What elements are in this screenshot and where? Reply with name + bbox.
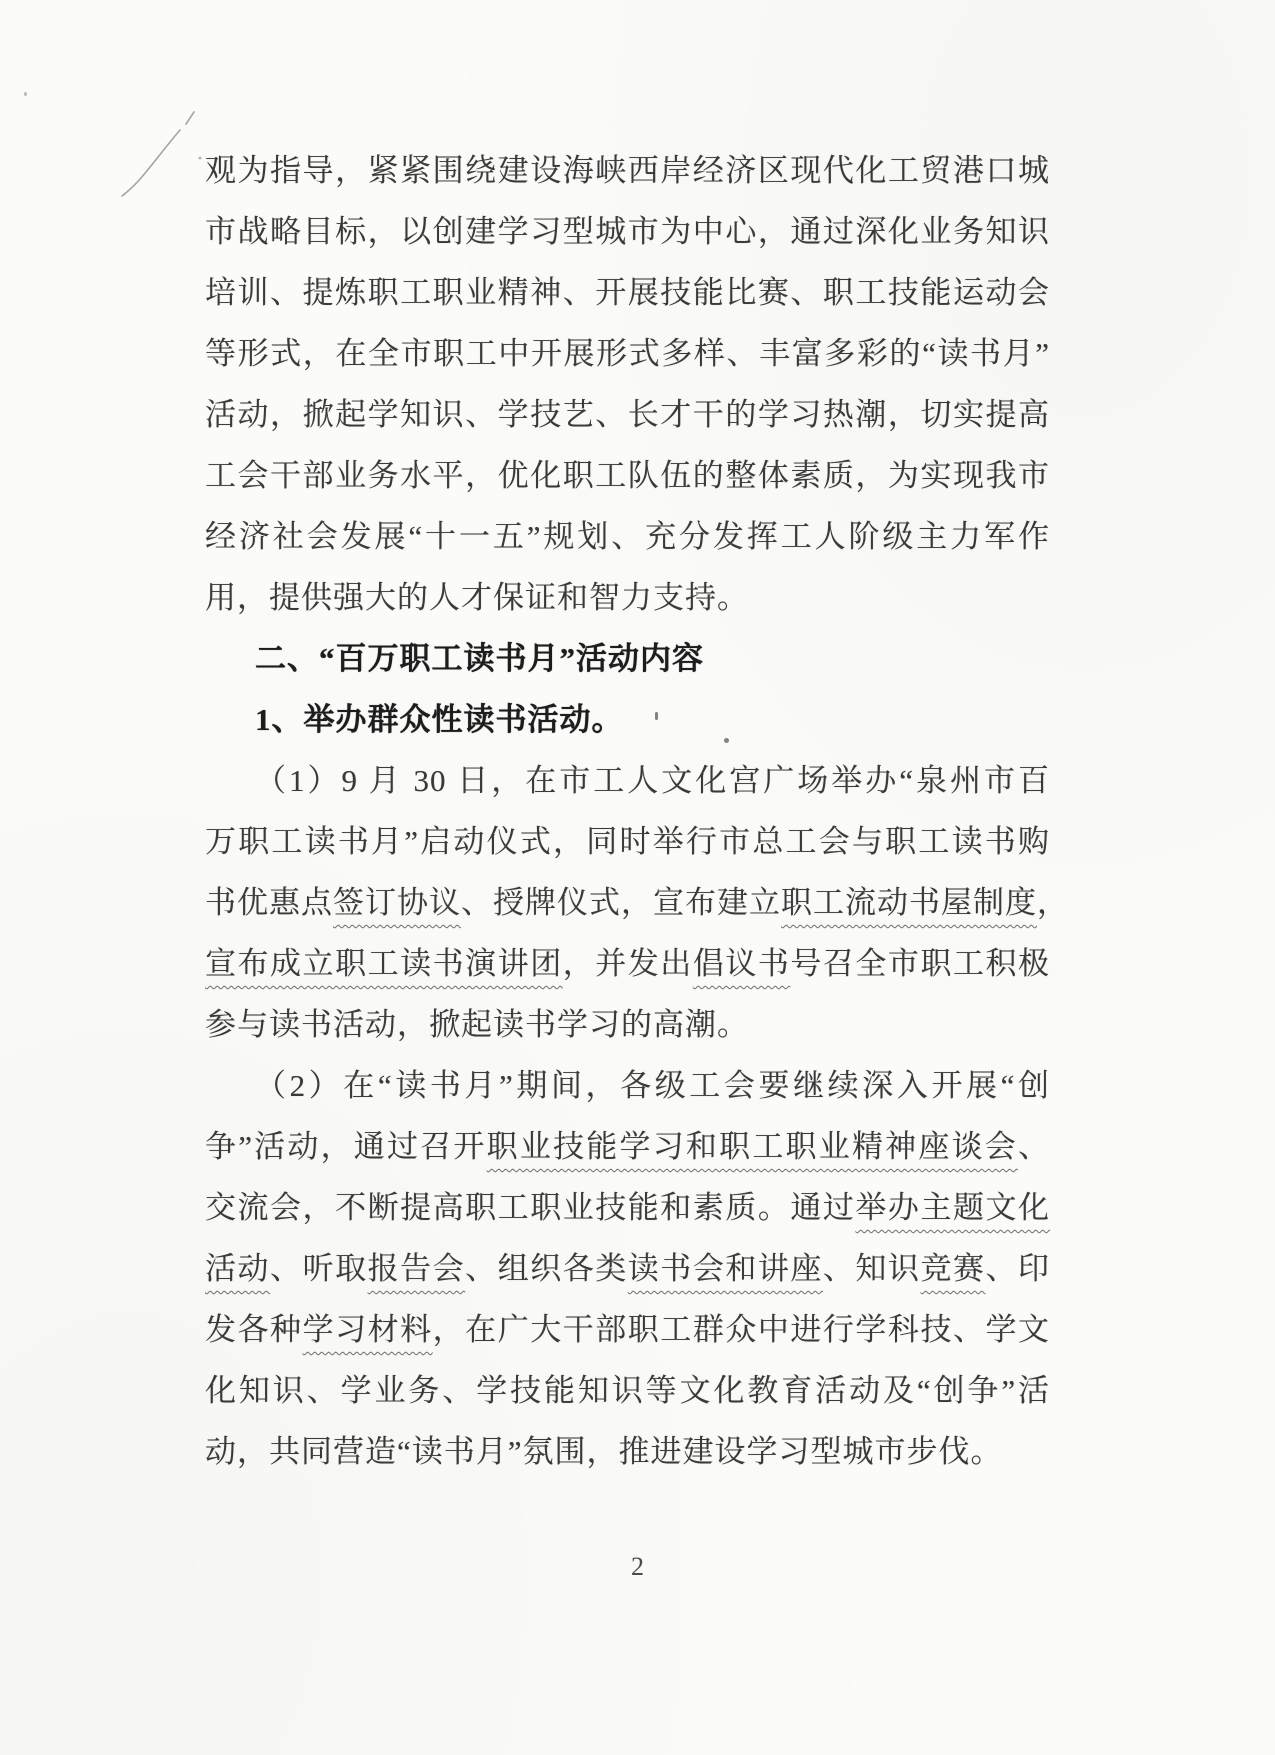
text-segment: 万职工读书月”启动仪式，同时举行市总工会与职工读书购 <box>205 824 1050 859</box>
hand-underlined-text: 举办主题文化 <box>855 1190 1050 1225</box>
text-segment: 争”活动，通过召开 <box>205 1129 487 1164</box>
text-segment: 号召全市职工积极 <box>790 946 1050 981</box>
text-segment: 活动，掀起学知识、学技艺、长才干的学习热潮，切实提高 <box>205 397 1050 432</box>
text-line: 经济社会发展“十一五”规划、充分发挥工人阶级主力军作 <box>205 506 1050 567</box>
text-segment: ，并发出 <box>563 946 693 981</box>
text-line: 活动、听取报告会、组织各类读书会和讲座、知识竞赛、印 <box>205 1238 1050 1299</box>
text-segment: 等形式，在全市职工中开展形式多样、丰富多彩的“读书月” <box>205 336 1050 371</box>
hand-underlined-text: 竞赛 <box>920 1251 985 1286</box>
text-segment: ， <box>1037 885 1069 920</box>
text-line: 工会干部业务水平，优化职工队伍的整体素质，为实现我市 <box>205 445 1050 506</box>
text-line: （1）9 月 30 日，在市工人文化宫广场举办“泉州市百 <box>205 750 1050 811</box>
text-line: 书优惠点签订协议、授牌仪式，宣布建立职工流动书屋制度， <box>205 872 1050 933</box>
text-line: 参与读书活动，掀起读书学习的高潮。 <box>205 994 1050 1055</box>
text-segment: 1、举办群众性读书活动。 <box>255 702 624 737</box>
text-line: 发各种学习材料，在广大干部职工群众中进行学科技、学文 <box>205 1299 1050 1360</box>
text-segment: （1）9 月 30 日，在市工人文化宫广场举办“泉州市百 <box>255 763 1050 798</box>
hand-underlined-text: 职业技能学习和职工职业精神座谈会 <box>487 1129 1018 1164</box>
text-line: （2）在“读书月”期间，各级工会要继续深入开展“创 <box>205 1055 1050 1116</box>
text-line: 用，提供强大的人才保证和智力支持。 <box>205 567 1050 628</box>
text-segment: 、组织各类 <box>465 1251 628 1286</box>
text-segment: 二、“百万职工读书月”活动内容 <box>255 641 704 676</box>
text-segment: 发各种 <box>205 1312 303 1347</box>
text-segment: 观为指导，紧紧围绕建设海峡西岸经济区现代化工贸港口城 <box>205 153 1050 188</box>
text-line: 市战略目标，以创建学习型城市为中心，通过深化业务知识 <box>205 201 1050 262</box>
text-line: 万职工读书月”启动仪式，同时举行市总工会与职工读书购 <box>205 811 1050 872</box>
text-line: 宣布成立职工读书演讲团，并发出倡议书号召全市职工积极 <box>205 933 1050 994</box>
text-line: 培训、提炼职工职业精神、开展技能比赛、职工技能运动会 <box>205 262 1050 323</box>
text-segment: 工会干部业务水平，优化职工队伍的整体素质，为实现我市 <box>205 458 1050 493</box>
heading-line: 1、举办群众性读书活动。 <box>205 689 1050 750</box>
hand-underlined-text: 职工流动书屋制度 <box>781 885 1037 920</box>
text-line: 化知识、学业务、学技能知识等文化教育活动及“创争”活 <box>205 1360 1050 1421</box>
text-segment: 书优惠点 <box>205 885 333 920</box>
text-segment: 、印 <box>986 1251 1051 1286</box>
text-segment: ，在广大干部职工群众中进行学科技、学文 <box>433 1312 1050 1347</box>
text-segment: 动，共同营造“读书月”氛围，推进建设学习型城市步伐。 <box>205 1434 1003 1469</box>
hand-underlined-text: 签订协议 <box>333 885 461 920</box>
text-segment: 培训、提炼职工职业精神、开展技能比赛、职工技能运动会 <box>205 275 1050 310</box>
text-line: 交流会，不断提高职工职业技能和素质。通过举办主题文化 <box>205 1177 1050 1238</box>
text-segment: 化知识、学业务、学技能知识等文化教育活动及“创争”活 <box>205 1373 1050 1408</box>
text-segment: 、知识 <box>823 1251 921 1286</box>
text-segment: 用，提供强大的人才保证和智力支持。 <box>205 580 749 615</box>
text-segment: 、听取 <box>270 1251 368 1286</box>
text-segment: 、授牌仪式，宣布建立 <box>461 885 781 920</box>
text-segment: 参与读书活动，掀起读书学习的高潮。 <box>205 1007 749 1042</box>
text-segment: 经济社会发展“十一五”规划、充分发挥工人阶级主力军作 <box>205 519 1050 554</box>
hand-underlined-text: 读书会和讲座 <box>628 1251 823 1286</box>
hand-underlined-text: 倡议书 <box>693 946 791 981</box>
text-segment: 市战略目标，以创建学习型城市为中心，通过深化业务知识 <box>205 214 1050 249</box>
document-body: 观为指导，紧紧围绕建设海峡西岸经济区现代化工贸港口城市战略目标，以创建学习型城市… <box>205 140 1050 1482</box>
scan-speck <box>24 92 27 96</box>
text-line: 等形式，在全市职工中开展形式多样、丰富多彩的“读书月” <box>205 323 1050 384</box>
text-line: 争”活动，通过召开职业技能学习和职工职业精神座谈会、 <box>205 1116 1050 1177</box>
text-line: 观为指导，紧紧围绕建设海峡西岸经济区现代化工贸港口城 <box>205 140 1050 201</box>
ink-dot <box>655 712 658 720</box>
text-line: 动，共同营造“读书月”氛围，推进建设学习型城市步伐。 <box>205 1421 1050 1482</box>
scanned-document-page: 观为指导，紧紧围绕建设海峡西岸经济区现代化工贸港口城市战略目标，以创建学习型城市… <box>0 0 1275 1755</box>
text-segment: （2）在“读书月”期间，各级工会要继续深入开展“创 <box>255 1068 1050 1103</box>
text-segment: 交流会，不断提高职工职业技能和素质。通过 <box>205 1190 855 1225</box>
hand-underlined-text: 宣布成立职工读书演讲团 <box>205 946 563 981</box>
hand-underlined-text: 报告会 <box>368 1251 466 1286</box>
hand-underlined-text: 活动 <box>205 1251 270 1286</box>
hand-underlined-text: 学习材料 <box>303 1312 433 1347</box>
text-segment: 、 <box>1018 1129 1050 1164</box>
page-number: 2 <box>0 1552 1275 1582</box>
ink-dot <box>724 738 729 743</box>
heading-line: 二、“百万职工读书月”活动内容 <box>205 628 1050 689</box>
text-line: 活动，掀起学知识、学技艺、长才干的学习热潮，切实提高 <box>205 384 1050 445</box>
